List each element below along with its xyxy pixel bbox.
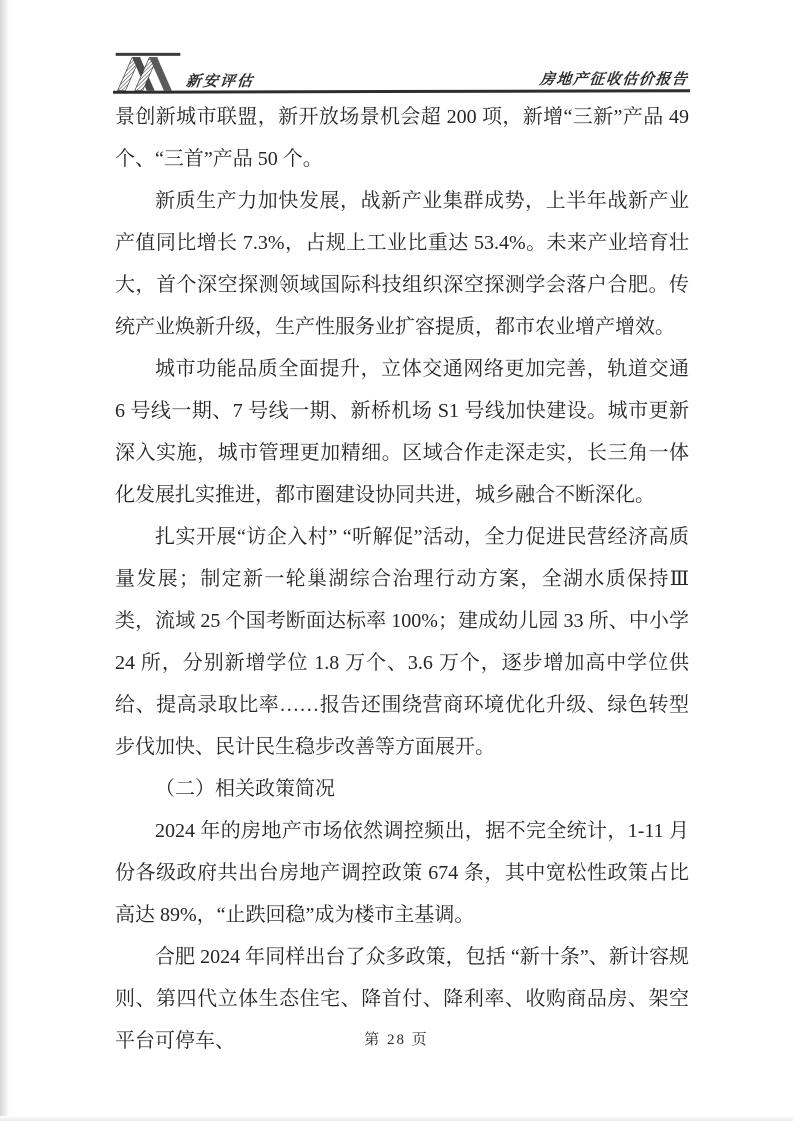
logo-text: 新安评估 <box>185 70 255 92</box>
paragraph: 2024 年的房地产市场依然调控频出，据不完全统计，1-11 月份各级政府共出台… <box>115 810 689 936</box>
scan-edge-bottom <box>0 1116 793 1121</box>
section-heading: （二）相关政策简况 <box>115 768 689 810</box>
document-body: 景创新城市联盟，新开放场景机会超 200 项，新增“三新”产品 49 个、“三首… <box>115 96 689 1062</box>
logo-mark-icon <box>115 52 181 92</box>
scan-edge-left <box>0 0 9 1121</box>
page-footer: 第 28 页 <box>0 1028 793 1058</box>
paragraph: 城市功能品质全面提升，立体交通网络更加完善，轨道交通 6 号线一期、7 号线一期… <box>115 348 689 516</box>
page-header: 新安评估 房地产征收估价报告 <box>115 48 689 92</box>
page-number: 第 28 页 <box>364 1032 429 1048</box>
document-page: 新安评估 房地产征收估价报告 景创新城市联盟，新开放场景机会超 200 项，新增… <box>0 0 793 1121</box>
report-title: 房地产征收估价报告 <box>539 68 690 89</box>
company-logo: 新安评估 <box>115 52 254 92</box>
header-divider <box>113 89 690 94</box>
paragraph: 景创新城市联盟，新开放场景机会超 200 项，新增“三新”产品 49 个、“三首… <box>115 96 689 180</box>
paragraph: 扎实开展“访企入村” “听解促”活动，全力促进民营经济高质量发展；制定新一轮巢湖… <box>115 516 689 768</box>
paragraph: 新质生产力加快发展，战新产业集群成势，上半年战新产业产值同比增长 7.3%，占规… <box>115 180 689 348</box>
